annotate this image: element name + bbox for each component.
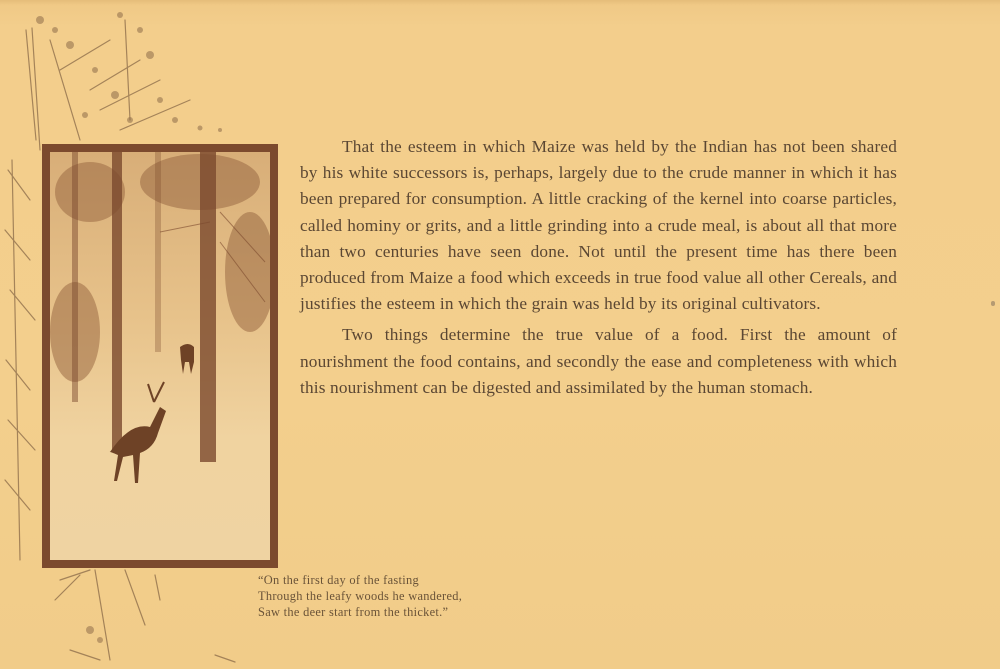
paragraph-food-value: Two things determine the true value of a…	[300, 322, 897, 401]
book-page: That the esteem in which Maize was held …	[0, 0, 1000, 669]
caption-line: Saw the deer start from the thicket.”	[258, 605, 578, 621]
page-blemish	[991, 301, 995, 306]
forest-deer-icon	[50, 152, 270, 560]
forest-deer-image	[50, 152, 270, 560]
caption-line: “On the first day of the fasting	[258, 573, 578, 589]
paragraph-maize-esteem: That the esteem in which Maize was held …	[300, 134, 897, 317]
illustration-frame	[42, 144, 278, 568]
poem-caption: “On the first day of the fasting Through…	[258, 573, 578, 620]
caption-line: Through the leafy woods he wandered,	[258, 589, 578, 605]
body-text: That the esteem in which Maize was held …	[300, 134, 897, 401]
